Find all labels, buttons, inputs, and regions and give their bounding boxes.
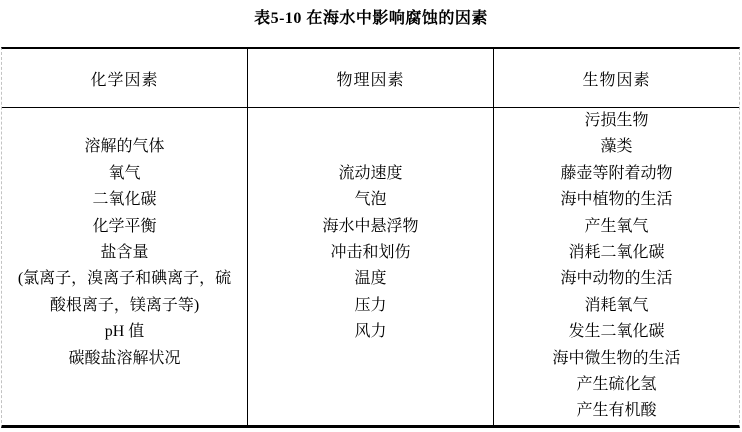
table-cell-line: 藻类 (494, 134, 739, 160)
table-cell-line: 压力 (248, 293, 493, 319)
table-cell-line: 溶解的气体 (2, 134, 247, 160)
table-cell-line: 海中微生物的生活 (494, 346, 739, 372)
table-cell-line: 碳酸盐溶解状况 (2, 346, 247, 372)
table-cell-line: 藤壶等附着动物 (494, 161, 739, 187)
table-cell-line: pH 值 (2, 319, 247, 345)
table-cell-line: 温度 (248, 266, 493, 292)
cell-biological-factors: 污损生物藻类藤壶等附着动物海中植物的生活产生氧气消耗二氧化碳海中动物的生活消耗氧… (494, 108, 739, 425)
header-cell-biological-factors: 生物因素 (494, 49, 739, 107)
table-header-row: 化学因素 物理因素 生物因素 (2, 49, 739, 108)
table-cell-line: 消耗二氧化碳 (494, 240, 739, 266)
table-cell-line: 冲击和划伤 (248, 240, 493, 266)
table-cell-line: 流动速度 (248, 161, 493, 187)
table-cell-line: (氯离子，溴离子和碘离子，硫 (2, 266, 247, 292)
factors-table: 化学因素 物理因素 生物因素 溶解的气体氧气二氧化碳化学平衡盐含量(氯离子，溴离… (1, 47, 740, 428)
table-cell-line: 风力 (248, 319, 493, 345)
table-cell-line: 海中植物的生活 (494, 187, 739, 213)
table-cell-line: 污损生物 (494, 108, 739, 134)
table-body-row: 溶解的气体氧气二氧化碳化学平衡盐含量(氯离子，溴离子和碘离子，硫酸根离子，镁离子… (2, 108, 739, 425)
table-title: 表5-10 在海水中影响腐蚀的因素 (0, 5, 742, 28)
table-cell-line: 发生二氧化碳 (494, 319, 739, 345)
table-cell-line: 酸根离子，镁离子等) (2, 293, 247, 319)
header-cell-physical-factors: 物理因素 (248, 49, 494, 107)
header-cell-chemical-factors: 化学因素 (2, 49, 248, 107)
table-cell-line: 气泡 (248, 187, 493, 213)
cell-physical-factors: 流动速度气泡海水中悬浮物冲击和划伤温度压力风力 (248, 108, 494, 425)
table-cell-line: 产生有机酸 (494, 398, 739, 424)
table-cell-line: 二氧化碳 (2, 187, 247, 213)
table-cell-line: 海中动物的生活 (494, 266, 739, 292)
table-cell-line: 消耗氧气 (494, 293, 739, 319)
table-cell-line: 化学平衡 (2, 214, 247, 240)
table-cell-line: 海水中悬浮物 (248, 214, 493, 240)
table-cell-line: 氧气 (2, 161, 247, 187)
table-cell-line: 盐含量 (2, 240, 247, 266)
table-cell-line: 产生硫化氢 (494, 372, 739, 398)
document-page: 表5-10 在海水中影响腐蚀的因素 化学因素 物理因素 生物因素 溶解的气体氧气… (0, 0, 742, 432)
table-cell-line: 产生氧气 (494, 214, 739, 240)
cell-chemical-factors: 溶解的气体氧气二氧化碳化学平衡盐含量(氯离子，溴离子和碘离子，硫酸根离子，镁离子… (2, 108, 248, 425)
